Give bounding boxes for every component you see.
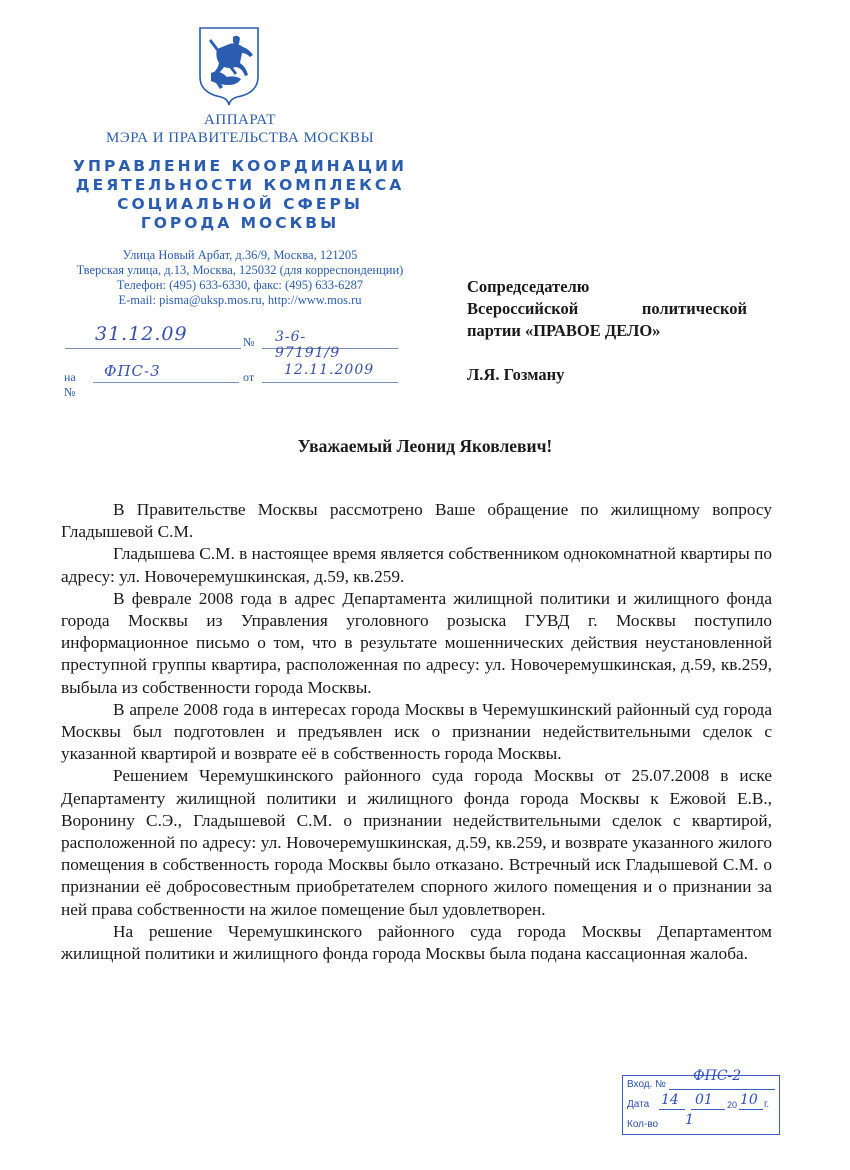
stamp-date-century: 20 xyxy=(727,1100,737,1110)
outgoing-number-handwritten: 3-6-97191/9 xyxy=(275,329,340,361)
email-line: E-mail: pisma@uksp.mos.ru, http://www.mo… xyxy=(40,293,440,308)
body-paragraph: Гладышева С.М. в настоящее время являетс… xyxy=(61,543,772,587)
stamp-year-line xyxy=(739,1109,763,1110)
apparat-line1: АППАРАТ xyxy=(40,112,440,129)
stamp-month-line xyxy=(691,1109,725,1110)
recipient-party: партии «ПРАВОЕ ДЕЛО» xyxy=(467,320,747,342)
recipient-org-line: Всероссийской политической xyxy=(467,298,747,320)
outgoing-date-handwritten: 31.12.09 xyxy=(95,323,188,345)
stamp-date-label: Дата xyxy=(627,1099,649,1110)
intake-stamp: Вход. № ФПС-2 Дата 14 01 20 10 г. Кол-во… xyxy=(622,1075,780,1135)
ref-date-label: от xyxy=(243,370,254,385)
moscow-coat-of-arms-icon xyxy=(197,25,261,107)
phone-line: Телефон: (495) 633-6330, факс: (495) 633… xyxy=(40,278,440,293)
letter-body: В Правительстве Москвы рассмотрено Ваше … xyxy=(61,499,772,965)
stamp-date-suffix: г. xyxy=(764,1099,769,1110)
stamp-date-day: 14 xyxy=(661,1092,679,1108)
ref-number-handwritten: ФПС-3 xyxy=(104,362,161,380)
address-line1: Улица Новый Арбат, д.36/9, Москва, 12120… xyxy=(40,248,440,263)
stamp-date-year: 10 xyxy=(740,1092,758,1108)
body-paragraph: Решением Черемушкинского районного суда … xyxy=(61,765,772,920)
body-paragraph: В Правительстве Москвы рассмотрено Ваше … xyxy=(61,499,772,543)
department-line3: СОЦИАЛЬНОЙ СФЕРЫ xyxy=(40,195,440,214)
stamp-in-line xyxy=(669,1089,775,1090)
stamp-day-line xyxy=(659,1109,685,1110)
recipient-title: Сопредседателю xyxy=(467,276,747,298)
recipient-org-word1: Всероссийской xyxy=(467,298,578,320)
stamp-in-handwritten: ФПС-2 xyxy=(693,1068,741,1084)
ref-date-handwritten: 12.11.2009 xyxy=(284,362,374,378)
stamp-count-handwritten: 1 xyxy=(685,1112,694,1128)
body-paragraph: На решение Черемушкинского районного суд… xyxy=(61,921,772,965)
department-line4: ГОРОДА МОСКВЫ xyxy=(40,214,440,233)
recipient-block: Сопредседателю Всероссийской политическо… xyxy=(467,276,747,386)
recipient-org-word2: политической xyxy=(642,298,747,320)
apparat-line2: МЭРА И ПРАВИТЕЛЬСТВА МОСКВЫ xyxy=(40,130,440,147)
body-paragraph: В феврале 2008 года в адрес Департамента… xyxy=(61,588,772,699)
stamp-count-label: Кол-во xyxy=(627,1119,658,1130)
address-line2: Тверская улица, д.13, Москва, 125032 (дл… xyxy=(40,263,440,278)
salutation: Уважаемый Леонид Яковлевич! xyxy=(0,436,850,457)
stamp-date-month: 01 xyxy=(695,1092,713,1108)
department-line2: ДЕЯТЕЛЬНОСТИ КОМПЛЕКСА xyxy=(40,176,440,195)
department-line1: УПРАВЛЕНИЕ КООРДИНАЦИИ xyxy=(40,157,440,176)
number-label: № xyxy=(243,335,254,350)
stamp-in-label: Вход. № xyxy=(627,1079,666,1090)
recipient-name: Л.Я. Гозману xyxy=(467,364,747,386)
body-paragraph: В апреле 2008 года в интересах города Мо… xyxy=(61,699,772,766)
ref-number-label: на № xyxy=(64,370,76,400)
